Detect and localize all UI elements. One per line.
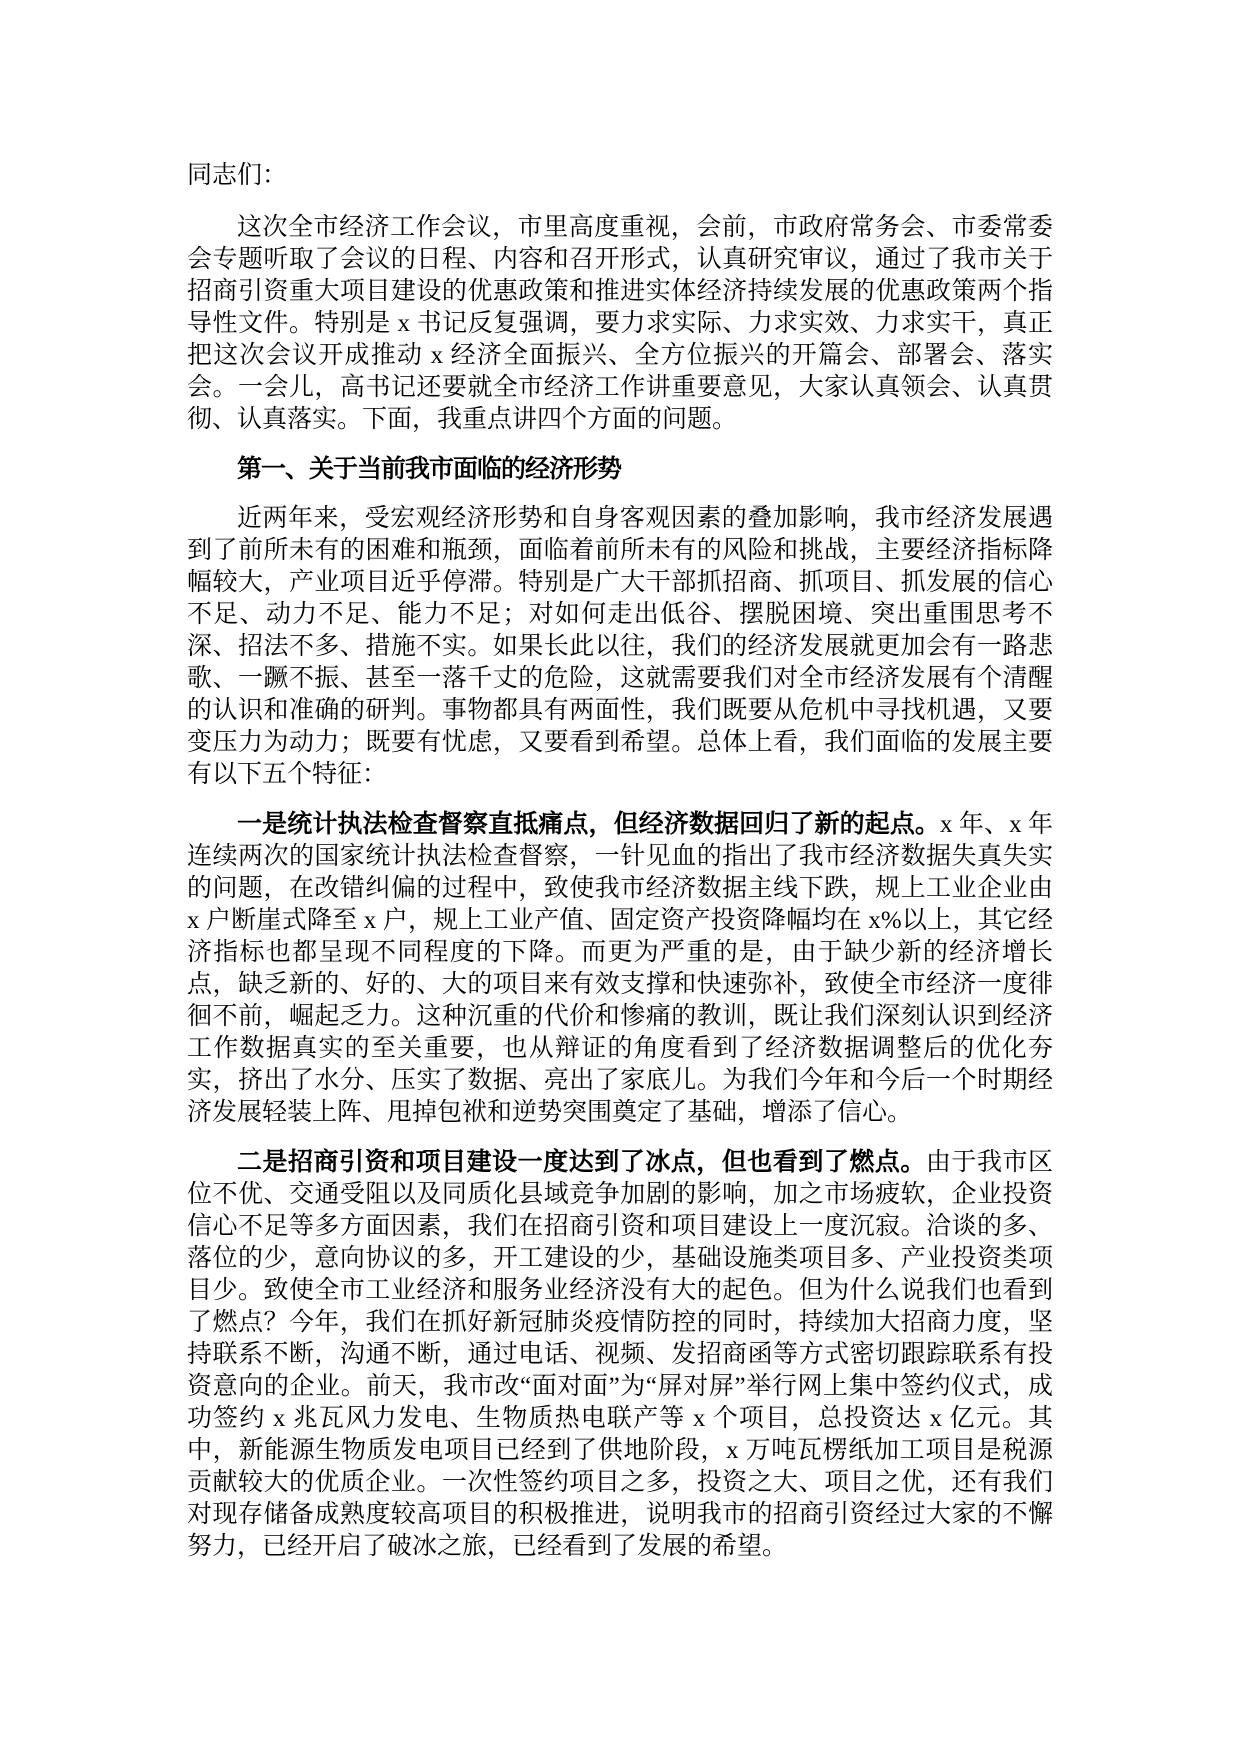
document-page: 同志们： 这次全市经济工作会议，市里高度重视，会前，市政府常务会、市委常委会专题… xyxy=(0,0,1240,1754)
point-1-paragraph: 一是统计执法检查督察直抵痛点，但经济数据回归了新的起点。x 年、x 年连续两次的… xyxy=(187,808,1053,1129)
section-1-overview-paragraph: 近两年来，受宏观经济形势和自身客观因素的叠加影响，我市经济发展遇到了前所未有的困… xyxy=(187,503,1053,791)
section-1-heading: 第一、关于当前我市面临的经济形势 xyxy=(187,453,1053,485)
point-2-lead: 二是招商引资和项目建设一度达到了冰点，但也看到了燃点。 xyxy=(237,1148,926,1176)
point-1-lead: 一是统计执法检查督察直抵痛点，但经济数据回归了新的起点。 xyxy=(237,810,940,838)
point-2-body: 由于我市区位不优、交通受阻以及同质化县域竞争加剧的影响，加之市场疲软，企业投资信… xyxy=(187,1149,1053,1560)
intro-paragraph: 这次全市经济工作会议，市里高度重视，会前，市政府常务会、市委常委会专题听取了会议… xyxy=(187,212,1053,436)
salutation: 同志们： xyxy=(187,160,1053,192)
point-1-body: x 年、x 年连续两次的国家统计执法检查督察，一针见血的指出了我市经济数据失真失… xyxy=(187,811,1053,1126)
point-2-paragraph: 二是招商引资和项目建设一度达到了冰点，但也看到了燃点。由于我市区位不优、交通受阻… xyxy=(187,1146,1053,1563)
